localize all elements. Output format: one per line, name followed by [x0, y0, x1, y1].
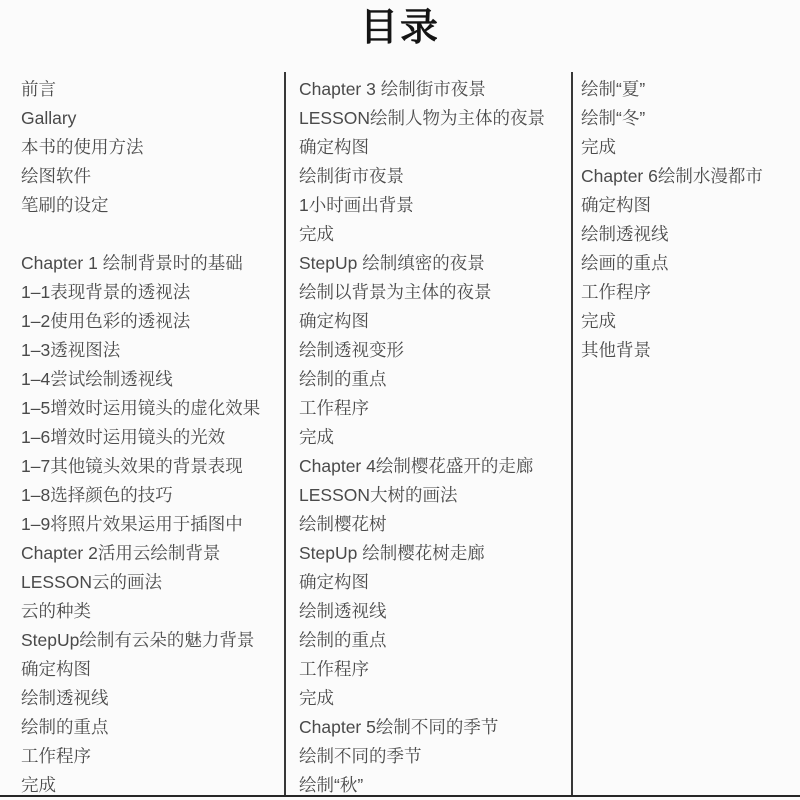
toc-item: 1–2使用色彩的透视法 [21, 307, 284, 336]
toc-item: 绘图软件 [21, 162, 284, 191]
toc-item: 工作程序 [299, 394, 571, 423]
toc-item: StepUp 绘制樱花树走廊 [299, 539, 571, 568]
toc-item: 1–1表现背景的透视法 [21, 278, 284, 307]
page-header: 目录 [0, 0, 800, 72]
toc-column-1: 前言Gallary本书的使用方法绘图软件笔刷的设定 Chapter 1 绘制背景… [0, 72, 284, 795]
toc-item: 完成 [299, 684, 571, 713]
toc-item: LESSON绘制人物为主体的夜景 [299, 104, 571, 133]
toc-item: 完成 [21, 771, 284, 800]
toc-item: 确定构图 [299, 568, 571, 597]
toc-item: 工作程序 [21, 742, 284, 771]
toc-item: Chapter 6绘制水漫都市 [581, 162, 800, 191]
toc-item: 确定构图 [581, 191, 800, 220]
toc-item: 绘画的重点 [581, 249, 800, 278]
toc-item: 绘制不同的季节 [299, 742, 571, 771]
toc-item: 笔刷的设定 [21, 191, 284, 220]
toc-item: 其他背景 [581, 336, 800, 365]
toc-item: LESSON云的画法 [21, 568, 284, 597]
toc-item: Chapter 2活用云绘制背景 [21, 539, 284, 568]
toc-item: 完成 [581, 307, 800, 336]
toc-item: 绘制街市夜景 [299, 162, 571, 191]
toc-item: 确定构图 [21, 655, 284, 684]
toc-item: 绘制“秋” [299, 771, 571, 800]
page-title: 目录 [360, 6, 440, 50]
toc-item: 工作程序 [299, 655, 571, 684]
toc-item: Chapter 3 绘制街市夜景 [299, 75, 571, 104]
toc-item: 工作程序 [581, 278, 800, 307]
toc-item: Chapter 5绘制不同的季节 [299, 713, 571, 742]
toc-item: StepUp绘制有云朵的魅力背景 [21, 626, 284, 655]
toc-item: 前言 [21, 75, 284, 104]
toc-item: Chapter 1 绘制背景时的基础 [21, 249, 284, 278]
toc-page: 目录 前言Gallary本书的使用方法绘图软件笔刷的设定 Chapter 1 绘… [0, 0, 800, 800]
toc-item: 1–9将照片效果运用于插图中 [21, 510, 284, 539]
toc-item: 确定构图 [299, 307, 571, 336]
toc-item: 1–4尝试绘制透视线 [21, 365, 284, 394]
toc-item: 绘制透视变形 [299, 336, 571, 365]
toc-spacer [21, 220, 284, 249]
toc-item: 1小时画出背景 [299, 191, 571, 220]
toc-item: 确定构图 [299, 133, 571, 162]
toc-item: 完成 [581, 133, 800, 162]
toc-item: 1–6增效时运用镜头的光效 [21, 423, 284, 452]
toc-item: 绘制樱花树 [299, 510, 571, 539]
toc-columns: 前言Gallary本书的使用方法绘图软件笔刷的设定 Chapter 1 绘制背景… [0, 72, 800, 797]
toc-item: StepUp 绘制缜密的夜景 [299, 249, 571, 278]
toc-item: 绘制以背景为主体的夜景 [299, 278, 571, 307]
toc-item: 绘制的重点 [21, 713, 284, 742]
toc-item: LESSON大树的画法 [299, 481, 571, 510]
toc-column-3: 绘制“夏”绘制“冬”完成Chapter 6绘制水漫都市确定构图绘制透视线绘画的重… [571, 72, 800, 795]
toc-item: 完成 [299, 423, 571, 452]
toc-item: 绘制“夏” [581, 75, 800, 104]
toc-item: 绘制透视线 [21, 684, 284, 713]
toc-item: 云的种类 [21, 597, 284, 626]
toc-item: 绘制的重点 [299, 626, 571, 655]
toc-item: 绘制的重点 [299, 365, 571, 394]
toc-item: 1–8选择颜色的技巧 [21, 481, 284, 510]
toc-column-2: Chapter 3 绘制街市夜景LESSON绘制人物为主体的夜景确定构图绘制街市… [284, 72, 571, 795]
toc-item: 1–5增效时运用镜头的虚化效果 [21, 394, 284, 423]
toc-item: 1–3透视图法 [21, 336, 284, 365]
toc-item: 本书的使用方法 [21, 133, 284, 162]
toc-item: 1–7其他镜头效果的背景表现 [21, 452, 284, 481]
toc-item: 绘制透视线 [581, 220, 800, 249]
toc-item: Gallary [21, 104, 284, 133]
toc-item: 完成 [299, 220, 571, 249]
toc-item: Chapter 4绘制樱花盛开的走廊 [299, 452, 571, 481]
toc-item: 绘制“冬” [581, 104, 800, 133]
toc-item: 绘制透视线 [299, 597, 571, 626]
